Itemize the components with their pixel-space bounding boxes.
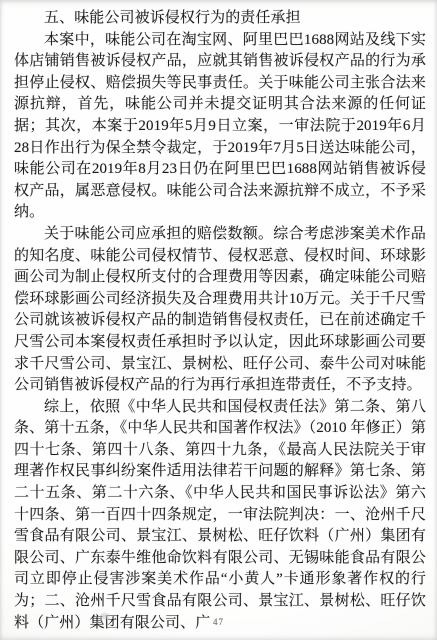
section-heading: 五、味能公司被诉侵权行为的责任承担	[14, 8, 426, 30]
body-paragraph: 关于味能公司应承担的赔偿数额。综合考虑涉案美术作品的知名度、味能公司侵权情节、侵…	[14, 224, 426, 397]
body-paragraph: 本案中，味能公司在淘宝网、阿里巴巴1688网站及线下实体店铺销售被诉侵权产品，应…	[14, 30, 426, 224]
page-content: 五、味能公司被诉侵权行为的责任承担 本案中，味能公司在淘宝网、阿里巴巴1688网…	[14, 8, 426, 634]
scanned-judgment-page: 五、味能公司被诉侵权行为的责任承担 本案中，味能公司在淘宝网、阿里巴巴1688网…	[0, 0, 437, 640]
paragraph-list: 本案中，味能公司在淘宝网、阿里巴巴1688网站及线下实体店铺销售被诉侵权产品，应…	[14, 30, 426, 635]
page-number: 47	[213, 617, 224, 627]
body-paragraph: 综上，依照《中华人民共和国侵权责任法》第二条、第八条、第十五条，《中华人民共和国…	[14, 397, 426, 635]
page-footer: 47	[0, 612, 437, 630]
